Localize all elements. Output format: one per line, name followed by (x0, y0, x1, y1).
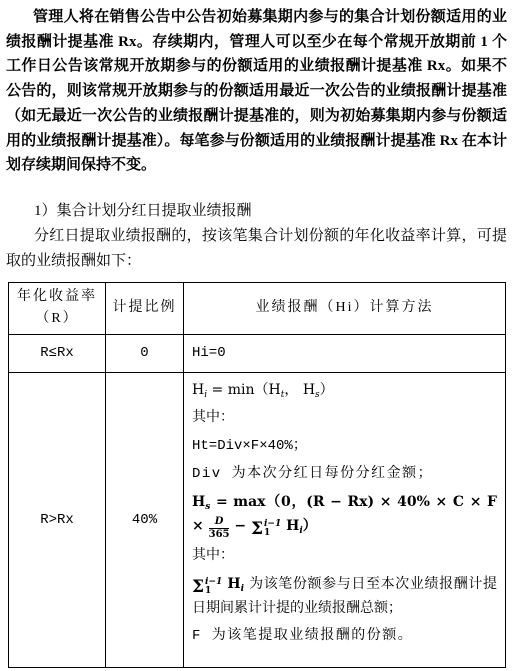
accrual-ratio-cell: 40% (106, 372, 184, 667)
method-cell: Hi = min（Ht， Hs）其中：Ht=Div×F×40%；Div 为本次分… (184, 372, 506, 667)
header-annualized-return-line1: 年化收益率 (9, 286, 105, 308)
performance-fee-table: 年化收益率 （R） 计提比例 业绩报酬（Hi）计算方法 R≤Rx 0 Hi=0 … (8, 282, 506, 668)
formula-text: Div 为本次分红日每份分红金额； (192, 466, 433, 482)
variable-with-subscript: Ht (269, 382, 285, 398)
formula-text: 其中： (192, 548, 234, 563)
method-line: Ht=Div×F×40%； (192, 434, 497, 458)
section-item-heading: 1）集合计划分红日提取业绩报酬 (6, 199, 507, 224)
rate-condition-cell: R≤Rx (9, 334, 106, 372)
formula-text: ， (284, 382, 302, 398)
formula-text: ） (303, 518, 317, 534)
method-cell: Hi=0 (184, 334, 506, 372)
method-formulas: Hi = min（Ht， Hs）其中：Ht=Div×F×40%；Div 为本次分… (192, 378, 497, 649)
method-line: Div 为本次分红日每份分红金额； (192, 462, 497, 486)
header-annualized-return-line2: （R） (9, 308, 105, 330)
variable-with-subscript: Hi (286, 518, 303, 534)
variable-with-subscript: Hs (192, 494, 210, 510)
fraction: D365 (209, 517, 230, 540)
method-line: Hi = min（Ht， Hs） (192, 378, 497, 402)
rate-condition-cell: R>Rx (9, 372, 106, 667)
method-line: 其中： (192, 406, 497, 430)
table-row-rate-above-benchmark: R>Rx 40% Hi = min（Ht， Hs）其中：Ht=Div×F×40%… (9, 372, 506, 667)
header-cell-calc-method: 业绩报酬（Hi）计算方法 (184, 282, 506, 334)
formula-text: F 为该笔提取业绩报酬的份额。 (192, 628, 413, 644)
method-line: F 为该笔提取业绩报酬的份额。 (192, 624, 497, 648)
method-line: Σi−11 Hi 为该笔份额参与日至本次业绩报酬计提日期间累计计提的业绩报酬总额… (192, 572, 497, 621)
method-line: 其中： (192, 544, 497, 568)
accrual-ratio-cell: 0 (106, 334, 184, 372)
lead-paragraph: 分红日提取业绩报酬的，按该笔集合计划份额的年化收益率计算，可提取的业绩报酬如下： (6, 224, 507, 274)
formula-text: ） (320, 382, 334, 398)
formula-text: Ht=Div×F×40%； (192, 438, 307, 454)
summation-symbol: Σi−11 (192, 578, 222, 596)
variable-with-subscript: Hi (192, 382, 207, 398)
variable-with-subscript: Hs (303, 382, 320, 398)
header-cell-accrual-ratio: 计提比例 (106, 282, 184, 334)
formula-text: 其中： (192, 410, 234, 425)
method-line: Hs = max（0，(R − Rx) × 40% × C × F × D365… (192, 490, 497, 540)
table-header-row: 年化收益率 （R） 计提比例 业绩报酬（Hi）计算方法 (9, 282, 506, 334)
table-row-rate-below-benchmark: R≤Rx 0 Hi=0 (9, 334, 506, 372)
variable-with-subscript: Hi (227, 576, 244, 592)
summation-symbol: Σi−11 (251, 520, 281, 538)
document-page: { "colors": { "text": "#000000", "backgr… (0, 0, 515, 671)
formula-text: − (229, 518, 250, 534)
formula-text: = min（ (207, 382, 268, 398)
header-cell-annualized-return: 年化收益率 （R） (9, 282, 106, 334)
intro-paragraph: 管理人将在销售公告中公告初始募集期内参与的集合计划份额适用的业绩报酬计提基准 R… (6, 5, 507, 178)
